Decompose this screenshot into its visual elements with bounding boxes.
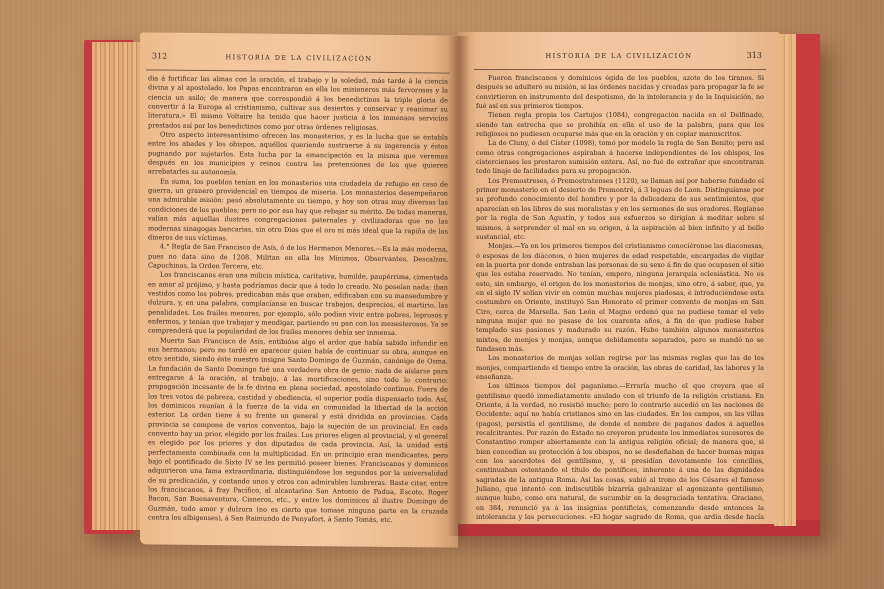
paragraph: Fueron franciscanos y dominicos égida de…	[476, 74, 764, 111]
paragraph: Los monasterios de monjas solían regirse…	[476, 354, 764, 382]
book-gutter	[448, 36, 470, 536]
right-page-number: 313	[747, 51, 762, 60]
right-header-rule	[474, 69, 766, 70]
left-running-head-title: HISTORIA DE LA CIVILIZACIÓN	[140, 52, 458, 63]
paragraph: En suma, los pueblos tenían en los monas…	[148, 177, 448, 246]
paragraph: Los últimos tiempos del paganismo.—Errar…	[476, 382, 764, 524]
left-running-header: 312 HISTORIA DE LA CIVILIZACIÓN	[140, 52, 458, 69]
paragraph: Monjas.—Ya en los primeros tiempos del c…	[476, 242, 764, 354]
left-header-rule	[146, 69, 450, 73]
paragraph: Tienen regla propia los Cartujos (1084),…	[476, 111, 764, 139]
paragraph: Los franciscanos eran una milicia místic…	[148, 271, 448, 340]
paragraph: dia á fortificar las almas con la oració…	[148, 74, 448, 133]
left-page: 312 HISTORIA DE LA CIVILIZACIÓN dia á fo…	[140, 32, 458, 547]
paragraph: Otro aspecto interesantísimo ofrecen los…	[148, 130, 448, 180]
right-page-body: Fueron franciscanos y dominicos égida de…	[476, 74, 764, 524]
right-page: HISTORIA DE LA CIVILIZACIÓN 313 Fueron f…	[458, 32, 780, 524]
right-running-header: HISTORIA DE LA CIVILIZACIÓN 313	[458, 52, 780, 66]
paragraph: La de Cluny, ó del Císter (1098), tomó p…	[476, 139, 764, 176]
paragraph: Muerto San Francisco de Asís, entibióse …	[148, 336, 448, 526]
page-edges-left	[92, 42, 144, 530]
right-running-head-title: HISTORIA DE LA CIVILIZACIÓN	[458, 52, 780, 60]
paragraph: 4.° Regla de San Francisco de Asís, ó de…	[148, 243, 448, 274]
paragraph: Los Premostreses, ó Premostratenses (112…	[476, 177, 764, 242]
left-page-body: dia á fortificar las almas con la oració…	[148, 74, 448, 526]
